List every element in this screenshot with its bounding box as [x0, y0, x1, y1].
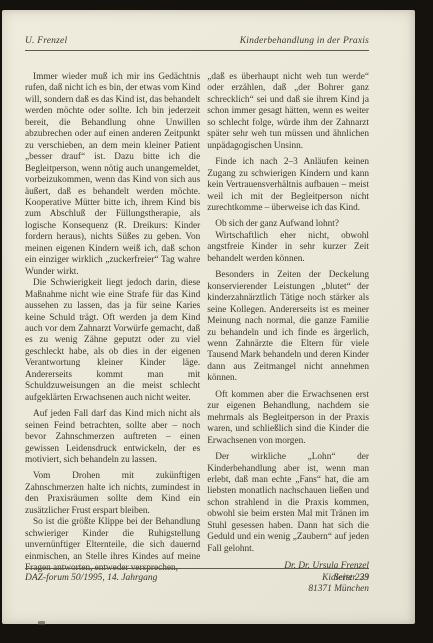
paragraph: Ob sich der ganz Aufwand lohnt? — [207, 219, 369, 230]
paragraph: So ist die größte Klippe bei der Behandl… — [25, 517, 200, 574]
journal-page: U. Frenzel Kinderbehandlung in der Praxi… — [2, 10, 415, 624]
running-footer: DAZ-forum 50/1995, 14. Jahrgang Seite 22… — [25, 568, 369, 583]
signature-city: 81371 München — [207, 584, 369, 596]
paragraph: Der wirkliche „Lohn“ der Kinderbehandlun… — [207, 452, 369, 555]
paragraph: Finde ich nach 2–3 Anläufen keinen Zugan… — [207, 157, 369, 214]
paragraph: Auf jeden Fall darf das Kind mich nicht … — [25, 409, 200, 466]
paragraph: Oft kommen aber die Erwachsenen erst zur… — [207, 390, 369, 447]
paragraph: Die Schwierigkeit liegt jedoch darin, di… — [25, 278, 200, 404]
paragraph: Besonders in Zeiten der Deckelung konser… — [207, 270, 369, 385]
running-header-author: U. Frenzel — [25, 36, 67, 46]
scan-artifact — [38, 621, 45, 625]
paragraph: Immer wieder muß ich mir ins Gedächtnis … — [25, 72, 200, 278]
left-column: Immer wieder muß ich mir ins Gedächtnis … — [25, 72, 200, 596]
article-body: Immer wieder muß ich mir ins Gedächtnis … — [25, 72, 369, 596]
paragraph: Vom Drohen mit zukünftigen Zahnschmerzen… — [25, 471, 200, 517]
scanned-journal-page-background: { "header": { "author": "U. Frenzel", "t… — [0, 0, 433, 643]
running-header-title: Kinderbehandlung in der Praxis — [240, 36, 369, 46]
paragraph: „daß es überhaupt nicht weh tun werde“ o… — [207, 72, 369, 152]
right-column: „daß es überhaupt nicht weh tun werde“ o… — [207, 72, 369, 596]
footer-journal-issue: DAZ-forum 50/1995, 14. Jahrgang — [25, 573, 157, 583]
footer-page-number: Seite 229 — [334, 573, 369, 583]
running-header: U. Frenzel Kinderbehandlung in der Praxi… — [25, 36, 369, 51]
paragraph: Wirtschaftlich eher nicht, obwohl angstf… — [207, 231, 369, 265]
